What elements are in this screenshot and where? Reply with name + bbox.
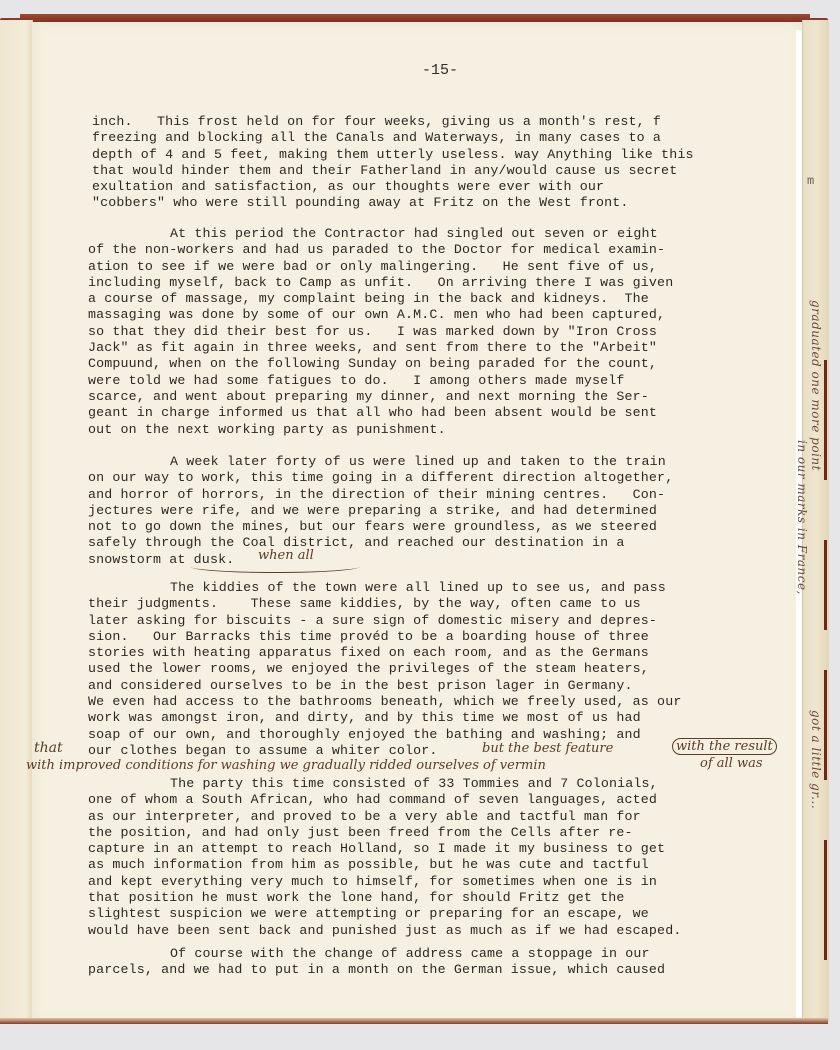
handwritten-connector-line (190, 560, 360, 573)
text-line: jectures were rife, and we were preparin… (88, 503, 788, 519)
binding-red-mark (824, 840, 827, 960)
book-bottom-edge (0, 1018, 828, 1024)
right-margin-note: in our marks in France, (795, 440, 809, 595)
text-line: geant in charge informed us that all who… (88, 405, 788, 421)
text-line: and horror of horrors, in the direction … (88, 487, 788, 503)
handwritten-line: with improved conditions for washing we … (26, 758, 546, 773)
text-line: later asking for biscuits - a sure sign … (88, 613, 788, 629)
text-line: The party this time consisted of 33 Tomm… (88, 776, 788, 792)
paragraph-6: Of course with the change of address cam… (88, 946, 788, 979)
book-cover-top-edge (20, 14, 810, 22)
paragraph-1: inch. This frost held on for four weeks,… (92, 114, 792, 212)
text-line: A week later forty of us were lined up a… (88, 454, 788, 470)
binding-red-mark (824, 540, 827, 630)
text-line: including myself, back to Camp as unfit.… (88, 275, 788, 291)
text-line: and considered ourselves to be in the be… (88, 678, 788, 694)
text-line: The kiddies of the town were all lined u… (88, 580, 788, 596)
binding-red-mark (824, 670, 827, 780)
right-margin-note: graduated one more point (809, 300, 823, 471)
text-line: that position he must work the lone hand… (88, 890, 788, 906)
text-line: We even had access to the bathrooms bene… (88, 694, 788, 710)
text-line: work was amongst iron, and dirty, and by… (88, 710, 788, 726)
text-line: massaging was done by some of our own A.… (88, 307, 788, 323)
text-line: scarce, and went about preparing my dinn… (88, 389, 788, 405)
text-line: were told we had some fatigues to do. I … (88, 373, 788, 389)
text-line: out on the next working party as punishm… (88, 422, 788, 438)
text-line: not to go down the mines, but our fears … (88, 519, 788, 535)
text-line: as much information from him as possible… (88, 857, 788, 873)
text-line: so that they did their best for us. I wa… (88, 324, 788, 340)
text-line: as our interpreter, and proved to be a v… (88, 809, 788, 825)
text-line: inch. This frost held on for four weeks,… (92, 114, 792, 130)
text-line: exultation and satisfaction, as our thou… (92, 179, 792, 195)
text-line: Jack" as fit again in three weeks, and s… (88, 340, 788, 356)
right-binding-strip: m graduated one more point in our marks … (802, 20, 829, 1022)
text-line: safely through the Coal district, and re… (88, 535, 788, 551)
text-line: depth of 4 and 5 feet, making them utter… (92, 147, 792, 163)
text-line: that would hinder them and their Fatherl… (92, 163, 792, 179)
page-number: -15- (0, 62, 840, 79)
text-line: on our way to work, this time going in a… (88, 470, 788, 486)
text-line: slightest suspicion we were attempting o… (88, 906, 788, 922)
text-line: one of whom a South African, who had com… (88, 792, 788, 808)
text-line: At this period the Contractor had single… (88, 226, 788, 242)
text-line: used the lower rooms, we enjoyed the pri… (88, 661, 788, 677)
paragraph-4: The kiddies of the town were all lined u… (88, 580, 788, 759)
text-line: Compuund, when on the following Sunday o… (88, 356, 788, 372)
handwritten-insert: but the best feature (482, 741, 613, 756)
text-line: the position, and had only just been fre… (88, 825, 788, 841)
handwritten-insert: of all was (700, 756, 763, 771)
margin-mark: m (807, 174, 814, 188)
paragraph-3: A week later forty of us were lined up a… (88, 454, 788, 568)
paragraph-5: The party this time consisted of 33 Tomm… (88, 776, 788, 939)
right-margin-note: got a little gr... (809, 710, 823, 809)
text-line: a course of massage, my complaint being … (88, 291, 788, 307)
text-line: freezing and blocking all the Canals and… (92, 130, 792, 146)
text-line: Of course with the change of address cam… (88, 946, 788, 962)
text-line: ation to see if we were bad or only mali… (88, 259, 788, 275)
handwritten-margin-word: that (34, 740, 63, 756)
text-line: of the non-workers and had us paraded to… (88, 242, 788, 258)
text-line: and kept everything very much to himself… (88, 874, 788, 890)
text-line: sion. Our Barracks this time provéd to b… (88, 629, 788, 645)
handwritten-circled-insert: with the result (672, 738, 777, 755)
text-line: their judgments. These same kiddies, by … (88, 596, 788, 612)
scanned-document-scene: m graduated one more point in our marks … (0, 0, 840, 1050)
text-line: parcels, and we had to put in a month on… (88, 962, 788, 978)
left-facing-page-edge (0, 20, 33, 1020)
text-line: would have been sent back and punished j… (88, 923, 788, 939)
paragraph-2: At this period the Contractor had single… (88, 226, 788, 438)
text-line: "cobbers" who were still pounding away a… (92, 195, 792, 211)
binding-red-mark (824, 360, 827, 480)
text-line: capture in an attempt to reach Holland, … (88, 841, 788, 857)
text-line: stories with heating apparatus fixed on … (88, 645, 788, 661)
